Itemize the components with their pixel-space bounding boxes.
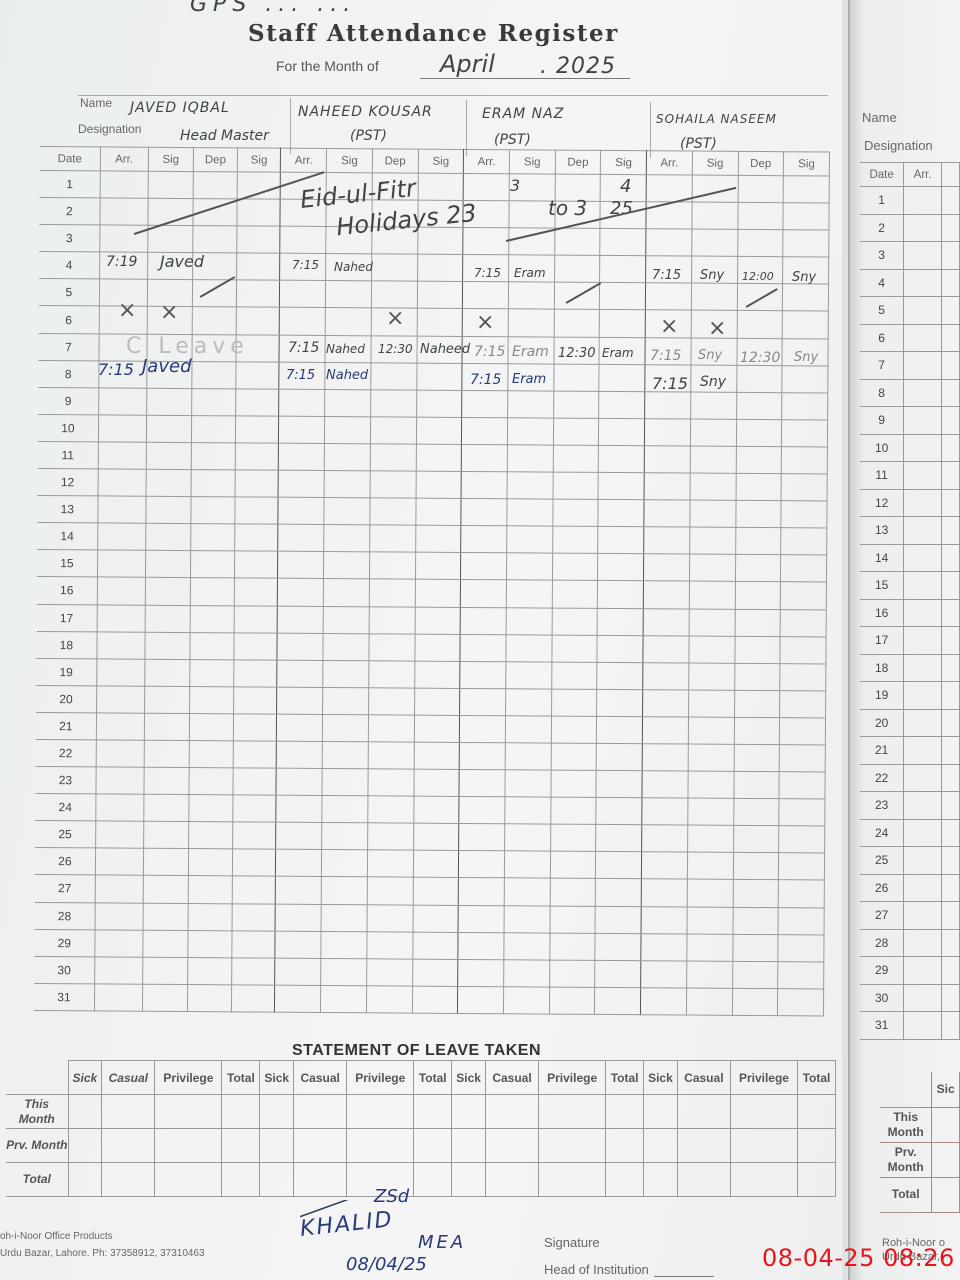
- attendance-cell: [554, 364, 600, 391]
- statement-cell: [452, 1129, 486, 1163]
- attendance-cell: [598, 554, 644, 581]
- col-sig: Sig: [148, 147, 194, 171]
- header-scrawl: GPS ... ...: [190, 0, 356, 17]
- attendance-row: 30: [860, 984, 960, 1012]
- attendance-cell: [778, 988, 824, 1015]
- attendance-cell: [942, 902, 960, 930]
- entry-eram-arr-7: 7:15: [474, 344, 505, 360]
- staff-designation-1: Head Master: [180, 128, 269, 144]
- attendance-cell: [942, 379, 960, 407]
- attendance-cell: [275, 958, 321, 985]
- staff-name-1: JAVED IQBAL: [130, 100, 230, 116]
- attendance-cell: [781, 447, 827, 474]
- attendance-cell: [904, 874, 942, 902]
- attendance-cell: [643, 635, 689, 662]
- entry-naheed-arr-8: 7:15: [286, 368, 315, 383]
- attendance-cell: [415, 634, 461, 661]
- register-title: Staff Attendance Register: [248, 20, 619, 47]
- attendance-cell: [595, 987, 641, 1014]
- attendance-cell: [597, 662, 643, 689]
- attendance-cell: [942, 324, 960, 352]
- attendance-cell: [904, 764, 942, 792]
- attendance-row: 5: [860, 297, 960, 325]
- date-cell: 20: [36, 685, 96, 713]
- entry-naheed-sig-4: Nahed: [334, 260, 373, 274]
- attendance-cell: [278, 606, 324, 633]
- date-cell: 1: [860, 187, 904, 215]
- attendance-cell: [551, 662, 597, 689]
- statement-cell: [68, 1095, 102, 1129]
- cell: [932, 1177, 960, 1212]
- attendance-cell: [324, 525, 370, 552]
- attendance-row: 18: [860, 654, 960, 682]
- attendance-row: 11: [860, 462, 960, 490]
- leave-statement-table: Sick Casual Privilege Total Sick Casual …: [6, 1060, 836, 1197]
- statement-cell: [485, 1163, 538, 1197]
- attendance-cell: [688, 690, 734, 717]
- attendance-cell: [598, 527, 644, 554]
- statement-cell: [294, 1163, 347, 1197]
- attendance-cell: [599, 364, 645, 391]
- attendance-cell: [942, 242, 960, 270]
- attendance-cell: [690, 473, 736, 500]
- attendance-cell: [942, 407, 960, 435]
- attendance-cell: [596, 798, 642, 825]
- col-privilege: Privilege: [347, 1061, 414, 1095]
- date-cell: 4: [860, 269, 904, 297]
- statement-cell: [539, 1163, 606, 1197]
- statement-cell: [485, 1129, 538, 1163]
- attendance-cell: [690, 392, 736, 419]
- attendance-cell: [321, 958, 367, 985]
- attendance-cell: [193, 226, 237, 253]
- attendance-cell: [463, 282, 509, 309]
- attendance-cell: [236, 362, 280, 389]
- attendance-cell: [942, 957, 960, 985]
- signature-label: Signature: [544, 1235, 600, 1250]
- attendance-cell: [233, 714, 277, 741]
- entry-sohaila-dep-4: 12:00: [742, 270, 774, 283]
- year-value: . 2025: [540, 54, 616, 79]
- attendance-cell: [144, 767, 190, 794]
- statement-cell: [294, 1095, 347, 1129]
- statement-cell: [730, 1095, 797, 1129]
- statement-row: Total: [6, 1163, 836, 1197]
- attendance-cell: [781, 528, 827, 555]
- attendance-row: 27: [860, 902, 960, 930]
- attendance-cell: [192, 415, 236, 442]
- attendance-cell: [188, 957, 232, 984]
- attendance-cell: [642, 771, 688, 798]
- statement-cell: [539, 1095, 606, 1129]
- cross-mark: ×: [476, 310, 494, 335]
- attendance-cell: [779, 772, 825, 799]
- cell: [932, 1142, 960, 1177]
- statement-cell: [798, 1129, 836, 1163]
- statement-cell: [68, 1129, 102, 1163]
- attendance-cell: [414, 742, 460, 769]
- attendance-cell: [236, 280, 280, 307]
- attendance-cell: [415, 498, 461, 525]
- name-label: Name: [862, 110, 897, 125]
- attendance-cell: [323, 606, 369, 633]
- divider: [466, 100, 467, 156]
- date-cell: 28: [35, 902, 95, 930]
- attendance-cell: [188, 903, 232, 930]
- attendance-cell: [276, 850, 322, 877]
- attendance-cell: [459, 770, 505, 797]
- attendance-cell: [504, 851, 550, 878]
- name-label: Name: [80, 96, 112, 110]
- attendance-cell: [737, 311, 783, 338]
- attendance-cell: [942, 792, 960, 820]
- attendance-cell: [942, 1012, 960, 1040]
- entry-javed-sig-8: Javed: [142, 356, 192, 377]
- attendance-cell: [190, 686, 234, 713]
- attendance-cell: [321, 877, 367, 904]
- attendance-cell: [504, 932, 550, 959]
- attendance-cell: [690, 419, 736, 446]
- attendance-cell: [904, 324, 942, 352]
- attendance-cell: [97, 577, 145, 604]
- attendance-cell: [461, 526, 507, 553]
- attendance-cell: [942, 654, 960, 682]
- date-cell: 3: [39, 225, 99, 253]
- attendance-row: 13: [860, 517, 960, 545]
- attendance-cell: [904, 737, 942, 765]
- attendance-cell: [942, 187, 960, 215]
- statement-cell: [68, 1163, 102, 1197]
- attendance-cell: [95, 902, 143, 929]
- date-cell: 25: [35, 821, 95, 849]
- attendance-cell: [368, 796, 414, 823]
- attendance-cell: [507, 418, 553, 445]
- attendance-cell: [736, 446, 782, 473]
- statement-row: Prv. Month: [6, 1129, 836, 1163]
- date-cell: 12: [860, 489, 904, 517]
- statement-cell: [606, 1129, 644, 1163]
- attendance-cell: [277, 660, 323, 687]
- blank-cell: [880, 1072, 932, 1107]
- statement-title: STATEMENT OF LEAVE TAKEN: [292, 1042, 541, 1060]
- attendance-cell: [142, 957, 188, 984]
- attendance-cell: [145, 551, 191, 578]
- attendance-cell: [193, 172, 237, 199]
- attendance-cell: [370, 444, 416, 471]
- attendance-cell: [506, 607, 552, 634]
- attendance-row: 16: [860, 599, 960, 627]
- attendance-cell: [782, 365, 828, 392]
- attendance-cell: [96, 713, 144, 740]
- statement-cell: [222, 1095, 260, 1129]
- attendance-cell: [96, 659, 144, 686]
- col-total: Total: [606, 1061, 644, 1095]
- entry-sohaila-sig-4: Sny: [700, 268, 724, 283]
- attendance-row: 26: [860, 874, 960, 902]
- attendance-cell: [595, 906, 641, 933]
- attendance-cell: [188, 984, 232, 1011]
- entry-javed-sig-4: Javed: [160, 252, 204, 271]
- attendance-cell: [778, 880, 824, 907]
- attendance-cell: [98, 496, 146, 523]
- attendance-cell: [904, 379, 942, 407]
- attendance-cell: [323, 633, 369, 660]
- statement-cell: [260, 1095, 294, 1129]
- attendance-cell: [235, 470, 279, 497]
- statement-cell: [260, 1163, 294, 1197]
- attendance-cell: [321, 904, 367, 931]
- entry-sohaila-sig-7: Sny: [698, 348, 722, 363]
- attendance-cell: [98, 469, 146, 496]
- attendance-cell: [688, 717, 734, 744]
- entry-sohaila-depsig-7: Sny: [794, 350, 818, 365]
- attendance-cell: [599, 418, 645, 445]
- attendance-cell: [508, 309, 554, 336]
- col-sig: Sig: [692, 151, 738, 175]
- attendance-cell: [145, 496, 191, 523]
- attendance-cell: [904, 682, 942, 710]
- attendance-cell: [598, 608, 644, 635]
- attendance-cell: [276, 822, 322, 849]
- attendance-cell: [782, 392, 828, 419]
- attendance-cell: [600, 229, 646, 256]
- attendance-cell: [596, 852, 642, 879]
- attendance-cell: [598, 500, 644, 527]
- attendance-cell: [599, 391, 645, 418]
- blank-cell: [6, 1061, 68, 1095]
- attendance-row: 28: [860, 929, 960, 957]
- statement-cell: [294, 1129, 347, 1163]
- attendance-cell: [145, 523, 191, 550]
- attendance-cell: [597, 743, 643, 770]
- attendance-cell: [507, 445, 553, 472]
- date-cell: 23: [860, 792, 904, 820]
- attendance-cell: [232, 903, 276, 930]
- attendance-cell: [275, 931, 321, 958]
- attendance-cell: [97, 550, 145, 577]
- attendance-cell: [142, 930, 188, 957]
- attendance-cell: [942, 874, 960, 902]
- attendance-cell: [942, 764, 960, 792]
- attendance-row: 15: [860, 572, 960, 600]
- attendance-cell: [417, 309, 463, 336]
- attendance-cell: [414, 661, 460, 688]
- attendance-cell: [942, 847, 960, 875]
- attendance-cell: [645, 283, 691, 310]
- col-sick: Sick: [644, 1061, 678, 1095]
- attendance-cell: [462, 444, 508, 471]
- attendance-cell: [646, 229, 692, 256]
- date-cell: 18: [36, 631, 96, 659]
- entry-naheed-arr-4: 7:15: [292, 258, 319, 272]
- attendance-cell: [549, 960, 595, 987]
- cross-mark: ×: [160, 300, 178, 325]
- attendance-cell: [371, 362, 417, 389]
- attendance-row: 8: [860, 379, 960, 407]
- col-sig: Sig: [601, 150, 647, 174]
- attendance-cell: [507, 499, 553, 526]
- attendance-cell: [278, 524, 324, 551]
- entry-naheed-sig-7: Nahed: [326, 342, 365, 356]
- attendance-cell: [144, 713, 190, 740]
- divider: [290, 98, 291, 154]
- entry-sohaila-arr-8: 7:15: [652, 374, 688, 393]
- statement-row: This Month: [6, 1095, 836, 1129]
- attendance-cell: [780, 718, 826, 745]
- attendance-cell: [458, 959, 504, 986]
- attendance-cell: [641, 988, 687, 1015]
- attendance-cell: [505, 743, 551, 770]
- entry-eram-arr-8: 7:15: [470, 372, 501, 388]
- attendance-cell: [188, 930, 232, 957]
- date-cell: 27: [860, 902, 904, 930]
- attendance-cell: [189, 822, 233, 849]
- attendance-cell: [550, 797, 596, 824]
- col-sig: Sig: [509, 150, 555, 174]
- date-cell: 10: [860, 434, 904, 462]
- attendance-cell: [279, 470, 325, 497]
- date-cell: 26: [860, 874, 904, 902]
- date-cell: 8: [860, 379, 904, 407]
- attendance-cell: [232, 822, 276, 849]
- attendance-cell: [552, 553, 598, 580]
- attendance-cell: [460, 661, 506, 688]
- attendance-cell: [145, 605, 191, 632]
- attendance-cell: [143, 794, 189, 821]
- attendance-row: 31: [860, 1012, 960, 1040]
- attendance-cell: [416, 363, 462, 390]
- attendance-cell: [642, 744, 688, 771]
- cross-mark: ×: [386, 306, 404, 331]
- month-value: April: [440, 50, 495, 78]
- statement-cell: [155, 1095, 222, 1129]
- attendance-row: 19: [860, 682, 960, 710]
- attendance-cell: [688, 771, 734, 798]
- date-cell: 17: [37, 604, 97, 632]
- statement-cell: [485, 1095, 538, 1129]
- attendance-cell: [97, 523, 145, 550]
- attendance-cell: [370, 471, 416, 498]
- attendance-cell: [642, 798, 688, 825]
- attendance-cell: [778, 934, 824, 961]
- attendance-cell: [781, 501, 827, 528]
- attendance-cell: [191, 497, 235, 524]
- attendance-cell: [189, 768, 233, 795]
- date-cell: 24: [860, 819, 904, 847]
- attendance-cell: [942, 682, 960, 710]
- attendance-cell: [778, 961, 824, 988]
- attendance-cell: [735, 528, 781, 555]
- statement-cell: [644, 1129, 678, 1163]
- attendance-row: 25: [860, 847, 960, 875]
- attendance-cell: [644, 527, 690, 554]
- attendance-row: 4: [860, 269, 960, 297]
- attendance-cell: [95, 848, 143, 875]
- attendance-cell: [367, 823, 413, 850]
- attendance-cell: [323, 714, 369, 741]
- attendance-cell: [458, 932, 504, 959]
- attendance-cell: [733, 826, 779, 853]
- next-page-stmt-header: Sic: [880, 1072, 960, 1107]
- publisher-line2: Urdu Bazar, Lahore. Ph: 37358912, 373104…: [0, 1245, 205, 1262]
- attendance-cell: [942, 984, 960, 1012]
- entry-naheed-depsig-7: Naheed: [420, 342, 470, 357]
- attendance-cell: [97, 632, 145, 659]
- attendance-cell: [904, 709, 942, 737]
- attendance-cell: [553, 445, 599, 472]
- date-cell: 14: [37, 523, 97, 551]
- attendance-cell: [143, 903, 189, 930]
- attendance-cell: [146, 415, 192, 442]
- attendance-cell: [414, 715, 460, 742]
- statement-cell: [347, 1095, 414, 1129]
- col-dep: Dep: [738, 151, 784, 175]
- statement-cell: [677, 1129, 730, 1163]
- attendance-cell: [553, 391, 599, 418]
- date-cell: 2: [39, 198, 99, 226]
- statement-row-label: Prv. Month: [6, 1129, 68, 1163]
- attendance-cell: [146, 469, 192, 496]
- attendance-cell: [942, 489, 960, 517]
- attendance-cell: [904, 462, 942, 490]
- attendance-cell: [904, 572, 942, 600]
- entry-sohaila-arr-7: 7:15: [650, 348, 681, 364]
- attendance-cell: [369, 552, 415, 579]
- attendance-cell: [781, 474, 827, 501]
- date-cell: 1: [40, 170, 100, 198]
- next-page-header-row: Date Arr.: [860, 163, 960, 187]
- attendance-cell: [279, 416, 325, 443]
- attendance-cell: [413, 823, 459, 850]
- attendance-cell: [459, 878, 505, 905]
- date-cell: 19: [36, 658, 96, 686]
- attendance-cell: [279, 389, 325, 416]
- attendance-cell: [686, 988, 732, 1015]
- statement-cell: [347, 1129, 414, 1163]
- attendance-cell: [942, 434, 960, 462]
- attendance-cell: [237, 199, 281, 226]
- attendance-cell: [551, 716, 597, 743]
- attendance-cell: [645, 391, 691, 418]
- attendance-cell: [508, 282, 554, 309]
- attendance-cell: [597, 716, 643, 743]
- attendance-cell: [942, 297, 960, 325]
- date-cell: 16: [860, 599, 904, 627]
- attendance-cell: [505, 716, 551, 743]
- attendance-cell: [459, 742, 505, 769]
- attendance-row: 23: [860, 792, 960, 820]
- attendance-cell: [280, 281, 326, 308]
- attendance-cell: [190, 713, 234, 740]
- col-sig: [942, 163, 960, 187]
- statement-cell: [644, 1095, 678, 1129]
- attendance-cell: [904, 627, 942, 655]
- attendance-cell: [232, 876, 276, 903]
- col-sick: Sick: [68, 1061, 102, 1095]
- head-signature-line: [654, 1276, 714, 1277]
- attendance-cell: [689, 527, 735, 554]
- attendance-cell: [644, 473, 690, 500]
- attendance-cell: [189, 741, 233, 768]
- attendance-cell: [552, 580, 598, 607]
- attendance-cell: [369, 633, 415, 660]
- date-cell: 29: [860, 957, 904, 985]
- attendance-row: 22: [860, 764, 960, 792]
- date-cell: 13: [37, 496, 97, 524]
- attendance-cell: [783, 230, 829, 257]
- attendance-cell: [735, 555, 781, 582]
- date-cell: 24: [35, 794, 95, 822]
